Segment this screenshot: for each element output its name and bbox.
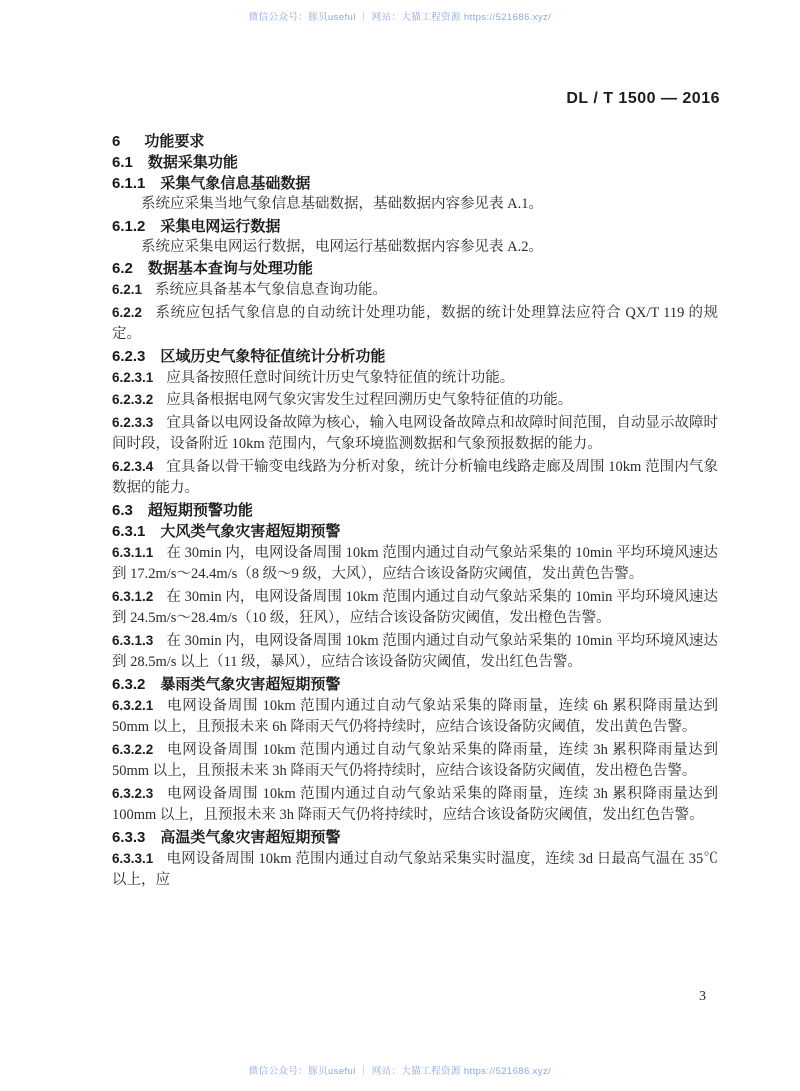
section-heading-6-2: 6.2数据基本查询与处理功能 bbox=[112, 258, 718, 279]
clause-6-3-1-3: 6.3.1.3在 30min 内，电网设备周围 10km 范围内通过自动气象站采… bbox=[112, 630, 718, 674]
section-number: 6.1 bbox=[112, 154, 133, 171]
clause-text: 在 30min 内，电网设备周围 10km 范围内通过自动气象站采集的 10mi… bbox=[112, 589, 718, 627]
clause-number: 6.2.3.1 bbox=[112, 370, 153, 385]
document-page: 微信公众号：豚贝useful ｜ 网站：大猫工程资源 https://52168… bbox=[0, 0, 800, 1091]
document-body: 6功能要求 6.1数据采集功能 6.1.1采集气象信息基础数据 系统应采集当地气… bbox=[112, 131, 718, 892]
section-title: 区域历史气象特征值统计分析功能 bbox=[160, 348, 385, 365]
paragraph-6-1-1: 系统应采集当地气象信息基础数据，基础数据内容参见表 A.1。 bbox=[112, 194, 718, 216]
clause-number: 6.2.2 bbox=[112, 305, 142, 320]
clause-text: 应具备根据电网气象灾害发生过程回溯历史气象特征值的功能。 bbox=[166, 392, 572, 408]
clause-number: 6.3.1.3 bbox=[112, 633, 153, 648]
clause-number: 6.3.2.3 bbox=[112, 786, 153, 801]
section-heading-6-3-1: 6.3.1大风类气象灾害超短期预警 bbox=[112, 521, 718, 542]
section-title: 超短期预警功能 bbox=[148, 502, 253, 519]
section-heading-6-3: 6.3超短期预警功能 bbox=[112, 500, 718, 521]
section-title: 数据采集功能 bbox=[148, 154, 238, 171]
clause-text: 在 30min 内，电网设备周围 10km 范围内通过自动气象站采集的 10mi… bbox=[112, 545, 718, 583]
section-heading-6-1: 6.1数据采集功能 bbox=[112, 152, 718, 173]
clause-text: 系统应具备基本气象信息查询功能。 bbox=[155, 282, 387, 298]
clause-number: 6.2.3.3 bbox=[112, 415, 153, 430]
clause-6-2-3-2: 6.2.3.2应具备根据电网气象灾害发生过程回溯历史气象特征值的功能。 bbox=[112, 389, 718, 412]
clause-text: 电网设备周围 10km 范围内通过自动气象站采集的降雨量，连续 3h 累积降雨量… bbox=[112, 742, 718, 780]
section-number: 6.1.2 bbox=[112, 218, 145, 235]
section-number: 6.3 bbox=[112, 502, 133, 519]
section-heading-6-3-3: 6.3.3高温类气象灾害超短期预警 bbox=[112, 827, 718, 848]
section-number: 6.3.2 bbox=[112, 676, 145, 693]
clause-6-2-2: 6.2.2系统应包括气象信息的自动统计处理功能，数据的统计处理算法应符合 QX/… bbox=[112, 302, 718, 346]
clause-6-2-3-3: 6.2.3.3宜具备以电网设备故障为核心，输入电网设备故障点和故障时间范围，自动… bbox=[112, 412, 718, 456]
clause-text: 应具备按照任意时间统计历史气象特征值的统计功能。 bbox=[166, 370, 514, 386]
section-number: 6.2 bbox=[112, 260, 133, 277]
section-heading-6-1-1: 6.1.1采集气象信息基础数据 bbox=[112, 173, 718, 194]
clause-6-2-3-4: 6.2.3.4宜具备以骨干输变电线路为分析对象，统计分析输电线路走廊及周围 10… bbox=[112, 456, 718, 500]
clause-text: 电网设备周围 10km 范围内通过自动气象站采集的降雨量，连续 3h 累积降雨量… bbox=[112, 786, 718, 824]
clause-6-3-2-2: 6.3.2.2电网设备周围 10km 范围内通过自动气象站采集的降雨量，连续 3… bbox=[112, 739, 718, 783]
clause-number: 6.3.1.1 bbox=[112, 545, 153, 560]
clause-number: 6.3.3.1 bbox=[112, 851, 153, 866]
section-title: 高温类气象灾害超短期预警 bbox=[160, 829, 340, 846]
section-number: 6 bbox=[112, 133, 120, 150]
clause-text: 宜具备以电网设备故障为核心，输入电网设备故障点和故障时间范围，自动显示故障时间时… bbox=[112, 415, 718, 453]
section-heading-6: 6功能要求 bbox=[112, 131, 718, 152]
clause-text: 电网设备周围 10km 范围内通过自动气象站采集的降雨量，连续 6h 累积降雨量… bbox=[112, 698, 718, 736]
section-title: 功能要求 bbox=[144, 133, 204, 150]
wechat-watermark-bottom: 微信公众号：豚贝useful ｜ 网站：大猫工程资源 https://52168… bbox=[0, 1063, 800, 1077]
section-title: 数据基本查询与处理功能 bbox=[148, 260, 313, 277]
clause-6-3-1-1: 6.3.1.1在 30min 内，电网设备周围 10km 范围内通过自动气象站采… bbox=[112, 542, 718, 586]
clause-text: 在 30min 内，电网设备周围 10km 范围内通过自动气象站采集的 10mi… bbox=[112, 633, 718, 671]
clause-text: 宜具备以骨干输变电线路为分析对象，统计分析输电线路走廊及周围 10km 范围内气… bbox=[112, 459, 718, 497]
clause-6-3-2-3: 6.3.2.3电网设备周围 10km 范围内通过自动气象站采集的降雨量，连续 3… bbox=[112, 783, 718, 827]
clause-number: 6.3.2.2 bbox=[112, 742, 153, 757]
section-title: 大风类气象灾害超短期预警 bbox=[160, 523, 340, 540]
section-number: 6.3.3 bbox=[112, 829, 145, 846]
section-number: 6.3.1 bbox=[112, 523, 145, 540]
section-title: 采集气象信息基础数据 bbox=[160, 175, 310, 192]
section-number: 6.2.3 bbox=[112, 348, 145, 365]
section-heading-6-1-2: 6.1.2采集电网运行数据 bbox=[112, 216, 718, 237]
standard-code: DL / T 1500 — 2016 bbox=[566, 90, 720, 108]
section-title: 采集电网运行数据 bbox=[160, 218, 280, 235]
clause-number: 6.3.2.1 bbox=[112, 698, 153, 713]
section-title: 暴雨类气象灾害超短期预警 bbox=[160, 676, 340, 693]
clause-6-3-2-1: 6.3.2.1电网设备周围 10km 范围内通过自动气象站采集的降雨量，连续 6… bbox=[112, 695, 718, 739]
clause-number: 6.2.3.4 bbox=[112, 459, 153, 474]
clause-number: 6.2.1 bbox=[112, 282, 142, 297]
clause-6-2-3-1: 6.2.3.1应具备按照任意时间统计历史气象特征值的统计功能。 bbox=[112, 367, 718, 390]
clause-number: 6.3.1.2 bbox=[112, 589, 153, 604]
paragraph-6-1-2: 系统应采集电网运行数据，电网运行基础数据内容参见表 A.2。 bbox=[112, 237, 718, 259]
page-number: 3 bbox=[699, 989, 706, 1005]
clause-text: 电网设备周围 10km 范围内通过自动气象站采集实时温度，连续 3d 日最高气温… bbox=[112, 851, 718, 889]
section-heading-6-2-3: 6.2.3区域历史气象特征值统计分析功能 bbox=[112, 346, 718, 367]
clause-text: 系统应包括气象信息的自动统计处理功能，数据的统计处理算法应符合 QX/T 119… bbox=[112, 305, 718, 343]
section-heading-6-3-2: 6.3.2暴雨类气象灾害超短期预警 bbox=[112, 674, 718, 695]
wechat-watermark-top: 微信公众号：豚贝useful ｜ 网站：大猫工程资源 https://52168… bbox=[0, 9, 800, 23]
clause-6-3-1-2: 6.3.1.2在 30min 内，电网设备周围 10km 范围内通过自动气象站采… bbox=[112, 586, 718, 630]
clause-number: 6.2.3.2 bbox=[112, 392, 153, 407]
section-number: 6.1.1 bbox=[112, 175, 145, 192]
clause-6-3-3-1: 6.3.3.1电网设备周围 10km 范围内通过自动气象站采集实时温度，连续 3… bbox=[112, 848, 718, 892]
clause-6-2-1: 6.2.1系统应具备基本气象信息查询功能。 bbox=[112, 279, 718, 302]
